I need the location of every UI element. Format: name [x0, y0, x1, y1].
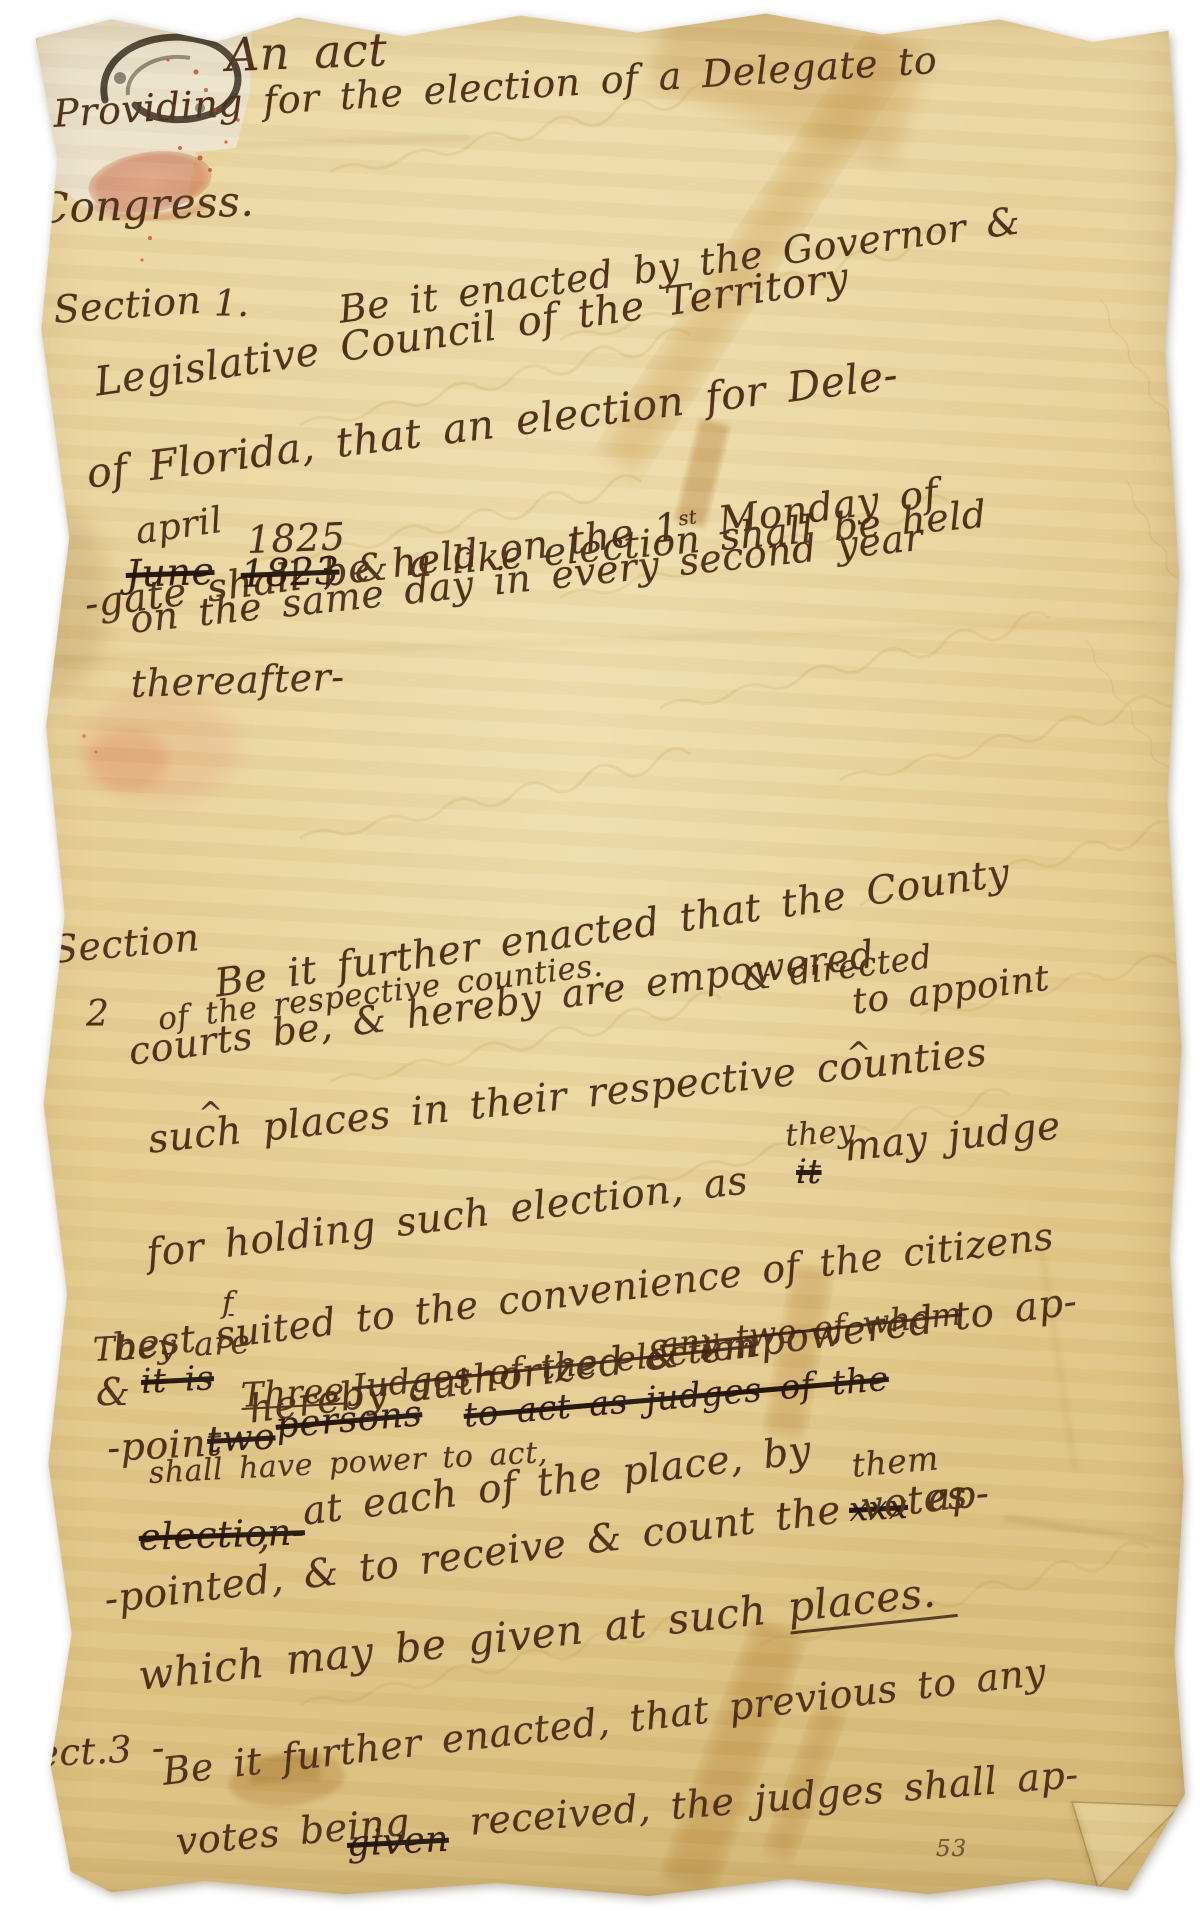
- sec3-line-2b: received, the judges shall ap-: [468, 1752, 1080, 1844]
- strikeout-june: June: [125, 549, 215, 596]
- handwriting-layer: An act Providing for the election of a D…: [18, 8, 1186, 1898]
- manuscript-scan: An act Providing for the election of a D…: [0, 0, 1200, 1911]
- insertion-three: Three: [240, 1371, 346, 1416]
- strikeout-it-is: it is: [140, 1358, 215, 1402]
- strikeout-it: it: [796, 1152, 822, 1192]
- insertion-april: april: [133, 500, 225, 553]
- page-number: 53: [936, 1836, 967, 1862]
- title-line-2: Providing for the election of a Delegate…: [52, 38, 938, 136]
- strikeout-given: given: [346, 1819, 450, 1865]
- sec1-line-7: thereafter-: [130, 655, 345, 706]
- ampersand: &: [96, 1370, 130, 1414]
- insertion-f: f: [222, 1286, 234, 1321]
- pinhole: [18, 517, 24, 524]
- underlined-places: places.: [785, 1566, 958, 1634]
- comma-after-strikeout: ,: [258, 1514, 271, 1558]
- sec2-number: 2: [86, 994, 109, 1035]
- strikeout-election: election-: [138, 1510, 306, 1559]
- title-line-3: Congress.: [36, 176, 255, 233]
- sec2-line-4: for holding such election, as: [144, 1158, 750, 1276]
- sec1-number: 1.: [214, 284, 249, 325]
- scanner-bed: { "page": { "number": "53" }, "colors": …: [0, 0, 1200, 1911]
- manuscript-page: An act Providing for the election of a D…: [18, 8, 1186, 1898]
- sec1-label: Section: [52, 278, 203, 332]
- sec2-line-4b: may judge: [842, 1103, 1063, 1170]
- sec3-label: Sect.3 -: [10, 1726, 166, 1777]
- sec2-label: Section: [50, 915, 201, 972]
